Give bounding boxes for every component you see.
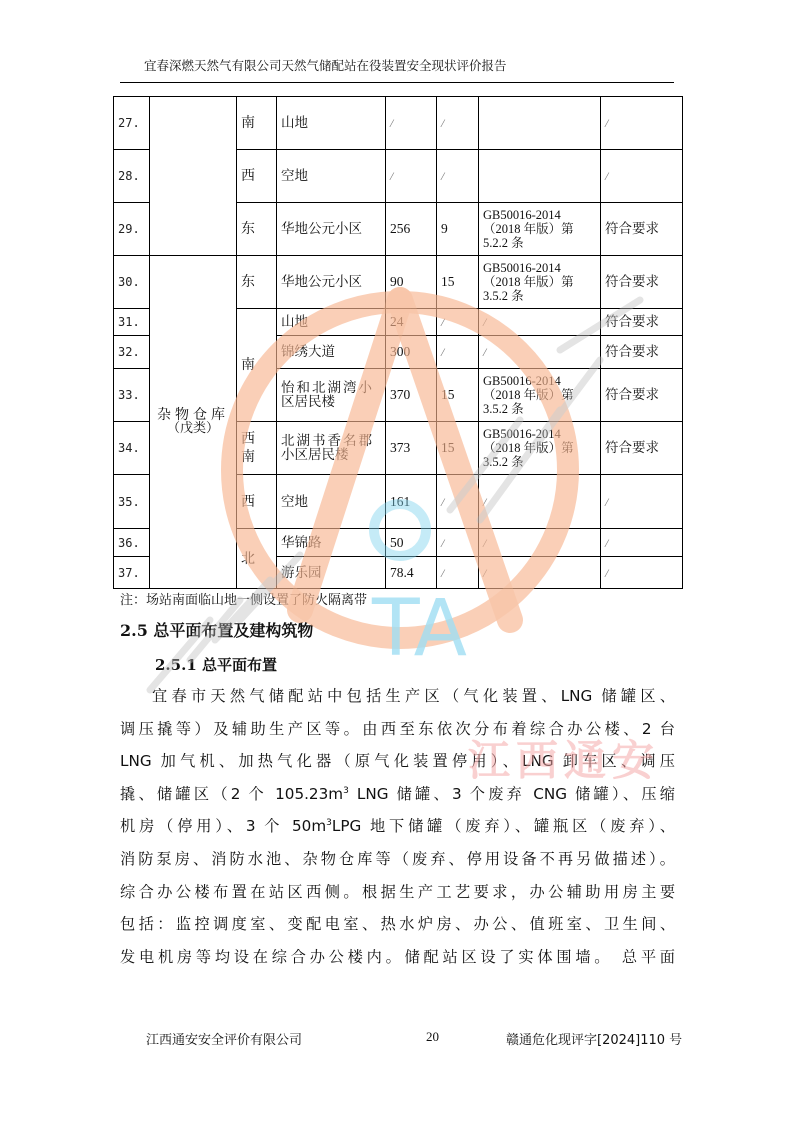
- actual-distance-cell: 90: [386, 256, 437, 309]
- actual-distance-cell: 373: [386, 422, 437, 475]
- text-segment: 机房（停用）、3 个 50m: [120, 817, 326, 835]
- basis-line: GB50016-2014: [483, 261, 596, 275]
- basis-line: （2018 年版）第: [483, 275, 596, 289]
- direction-cell: 南: [237, 309, 277, 422]
- row-number: 27.: [114, 97, 150, 150]
- required-distance-cell: /: [437, 97, 479, 150]
- actual-distance-cell: 370: [386, 369, 437, 422]
- object-cell: 锦绣大道: [277, 336, 386, 369]
- subsection-heading: 2.5.1 总平面布置: [155, 654, 277, 675]
- object-cell: 华地公元小区: [277, 203, 386, 256]
- paragraph-line: 撬、储罐区（2 个 105.23m3 LNG 储罐、3 个废弃 CNG 储罐）、…: [120, 778, 675, 811]
- basis-line: 5.2.2 条: [483, 236, 596, 250]
- actual-distance-cell: 24: [386, 309, 437, 336]
- object-cell: 空地: [277, 475, 386, 529]
- basis-cell: /: [479, 557, 601, 589]
- page-header-title: 宜春深燃天然气有限公司天然气储配站在役装置安全现状评价报告: [144, 56, 507, 74]
- basis-cell: GB50016-2014 （2018 年版）第 5.2.2 条: [479, 203, 601, 256]
- basis-line: 3.5.2 条: [483, 402, 596, 416]
- row-number: 32.: [114, 336, 150, 369]
- footer-company: 江西通安安全评价有限公司: [146, 1029, 302, 1048]
- result-cell: /: [601, 475, 683, 529]
- direction-cell: 东: [237, 203, 277, 256]
- actual-distance-cell: 78.4: [386, 557, 437, 589]
- required-distance-cell: /: [437, 529, 479, 557]
- direction-cell: 东: [237, 256, 277, 309]
- actual-distance-cell: /: [386, 97, 437, 150]
- row-number: 28.: [114, 150, 150, 203]
- object-cell: 游乐园: [277, 557, 386, 589]
- basis-cell: /: [479, 336, 601, 369]
- paragraph-line: 消防泵房、消防水池、杂物仓库等（废弃、停用设备不再另做描述）。: [120, 843, 675, 876]
- direction-cell: 西 南: [237, 422, 277, 475]
- basis-line: GB50016-2014: [483, 208, 596, 222]
- row-number: 31.: [114, 309, 150, 336]
- basis-cell: [479, 150, 601, 203]
- text-segment: LPG 地下储罐（废弃）、罐瓶区（废弃）、: [332, 817, 675, 835]
- paragraph-line: 发电机房等均设在综合办公楼内。储配站区设了实体围墙。 总平面: [120, 941, 675, 974]
- object-cell: 山地: [277, 97, 386, 150]
- basis-cell: /: [479, 309, 601, 336]
- text-segment: LNG 储罐、3 个废弃 CNG 储罐）、压缩: [349, 785, 675, 803]
- required-distance-cell: /: [437, 336, 479, 369]
- basis-cell: GB50016-2014 （2018 年版）第 3.5.2 条: [479, 369, 601, 422]
- basis-line: 3.5.2 条: [483, 289, 596, 303]
- object-cell: 北湖书香名郡 小区居民楼: [277, 422, 386, 475]
- direction-cell: 西: [237, 150, 277, 203]
- actual-distance-cell: 256: [386, 203, 437, 256]
- object-cell: 华地公元小区: [277, 256, 386, 309]
- paragraph-line: 包括：监控调度室、变配电室、热水炉房、办公、值班室、卫生间、: [120, 908, 675, 941]
- header-divider: [120, 82, 674, 83]
- result-cell: 符合要求: [601, 336, 683, 369]
- result-cell: /: [601, 529, 683, 557]
- required-distance-cell: 15: [437, 422, 479, 475]
- basis-cell: /: [479, 529, 601, 557]
- result-cell: /: [601, 150, 683, 203]
- object-line: 区居民楼: [281, 395, 381, 409]
- row-number: 33.: [114, 369, 150, 422]
- actual-distance-cell: 161: [386, 475, 437, 529]
- object-cell: 空地: [277, 150, 386, 203]
- object-cell: 山地: [277, 309, 386, 336]
- basis-cell: [479, 97, 601, 150]
- required-distance-cell: /: [437, 475, 479, 529]
- watermark-letters: TA: [371, 584, 467, 674]
- result-cell: /: [601, 97, 683, 150]
- basis-line: （2018 年版）第: [483, 222, 596, 236]
- required-distance-cell: 15: [437, 369, 479, 422]
- row-number: 29.: [114, 203, 150, 256]
- text-segment: 撬、储罐区（2 个 105.23m: [120, 785, 343, 803]
- object-line: 怡和北湖湾小: [281, 381, 381, 395]
- category-cell-empty: [150, 97, 237, 256]
- result-cell: 符合要求: [601, 422, 683, 475]
- basis-line: （2018 年版）第: [483, 388, 596, 402]
- body-paragraph: 宜春市天然气储配站中包括生产区（气化装置、LNG 储罐区、 调压撬等）及辅助生产…: [120, 680, 675, 973]
- object-line: 北湖书香名郡: [281, 434, 381, 448]
- row-number: 37.: [114, 557, 150, 589]
- result-cell: 符合要求: [601, 369, 683, 422]
- object-line: 小区居民楼: [281, 448, 381, 462]
- row-number: 34.: [114, 422, 150, 475]
- direction-cell: 南: [237, 97, 277, 150]
- paragraph-line: 综合办公楼布置在站区西侧。根据生产工艺要求，办公辅助用房主要: [120, 876, 675, 909]
- row-number: 36.: [114, 529, 150, 557]
- object-cell: 华锦路: [277, 529, 386, 557]
- basis-cell: GB50016-2014 （2018 年版）第 3.5.2 条: [479, 256, 601, 309]
- paragraph-line: 机房（停用）、3 个 50m3LPG 地下储罐（废弃）、罐瓶区（废弃）、: [120, 810, 675, 843]
- actual-distance-cell: 300: [386, 336, 437, 369]
- result-cell: 符合要求: [601, 203, 683, 256]
- category-label: 杂物仓库: [154, 408, 232, 422]
- basis-line: GB50016-2014: [483, 427, 596, 441]
- direction-cell: 北: [237, 529, 277, 589]
- section-heading: 2.5 总平面布置及建构筑物: [120, 618, 313, 641]
- result-cell: 符合要求: [601, 256, 683, 309]
- row-number: 30.: [114, 256, 150, 309]
- direction-line: 南: [241, 448, 272, 466]
- row-number: 35.: [114, 475, 150, 529]
- direction-line: 西: [241, 430, 272, 448]
- basis-cell: /: [479, 475, 601, 529]
- actual-distance-cell: 50: [386, 529, 437, 557]
- required-distance-cell: /: [437, 150, 479, 203]
- category-cell: 杂物仓库 （戊类）: [150, 256, 237, 589]
- basis-cell: GB50016-2014 （2018 年版）第 3.5.2 条: [479, 422, 601, 475]
- result-cell: /: [601, 557, 683, 589]
- basis-line: 3.5.2 条: [483, 455, 596, 469]
- required-distance-cell: 15: [437, 256, 479, 309]
- page-number: 20: [426, 1029, 439, 1045]
- direction-cell: 西: [237, 475, 277, 529]
- distance-table: 27. 南 山地 / / / 28. 西 空地 / / / 29. 东 华地公元…: [113, 96, 683, 589]
- basis-line: （2018 年版）第: [483, 441, 596, 455]
- table-row: 27. 南 山地 / / /: [114, 97, 683, 150]
- paragraph-line: 宜春市天然气储配站中包括生产区（气化装置、LNG 储罐区、: [120, 680, 675, 713]
- result-cell: 符合要求: [601, 309, 683, 336]
- footer-document-number: 赣通危化现评字[2024]110 号: [506, 1029, 682, 1048]
- basis-line: GB50016-2014: [483, 374, 596, 388]
- required-distance-cell: 9: [437, 203, 479, 256]
- category-sublabel: （戊类）: [154, 422, 232, 436]
- actual-distance-cell: /: [386, 150, 437, 203]
- required-distance-cell: /: [437, 557, 479, 589]
- table-row: 30. 杂物仓库 （戊类） 东 华地公元小区 90 15 GB50016-201…: [114, 256, 683, 309]
- table-note: 注：场站南面临山地一侧设置了防火隔离带: [120, 589, 367, 608]
- paragraph-line: 调压撬等）及辅助生产区等。由西至东依次分布着综合办公楼、2 台: [120, 713, 675, 746]
- required-distance-cell: /: [437, 309, 479, 336]
- paragraph-line: LNG 加气机、加热气化器（原气化装置停用）、LNG 卸车区、调压: [120, 745, 675, 778]
- object-cell: 怡和北湖湾小 区居民楼: [277, 369, 386, 422]
